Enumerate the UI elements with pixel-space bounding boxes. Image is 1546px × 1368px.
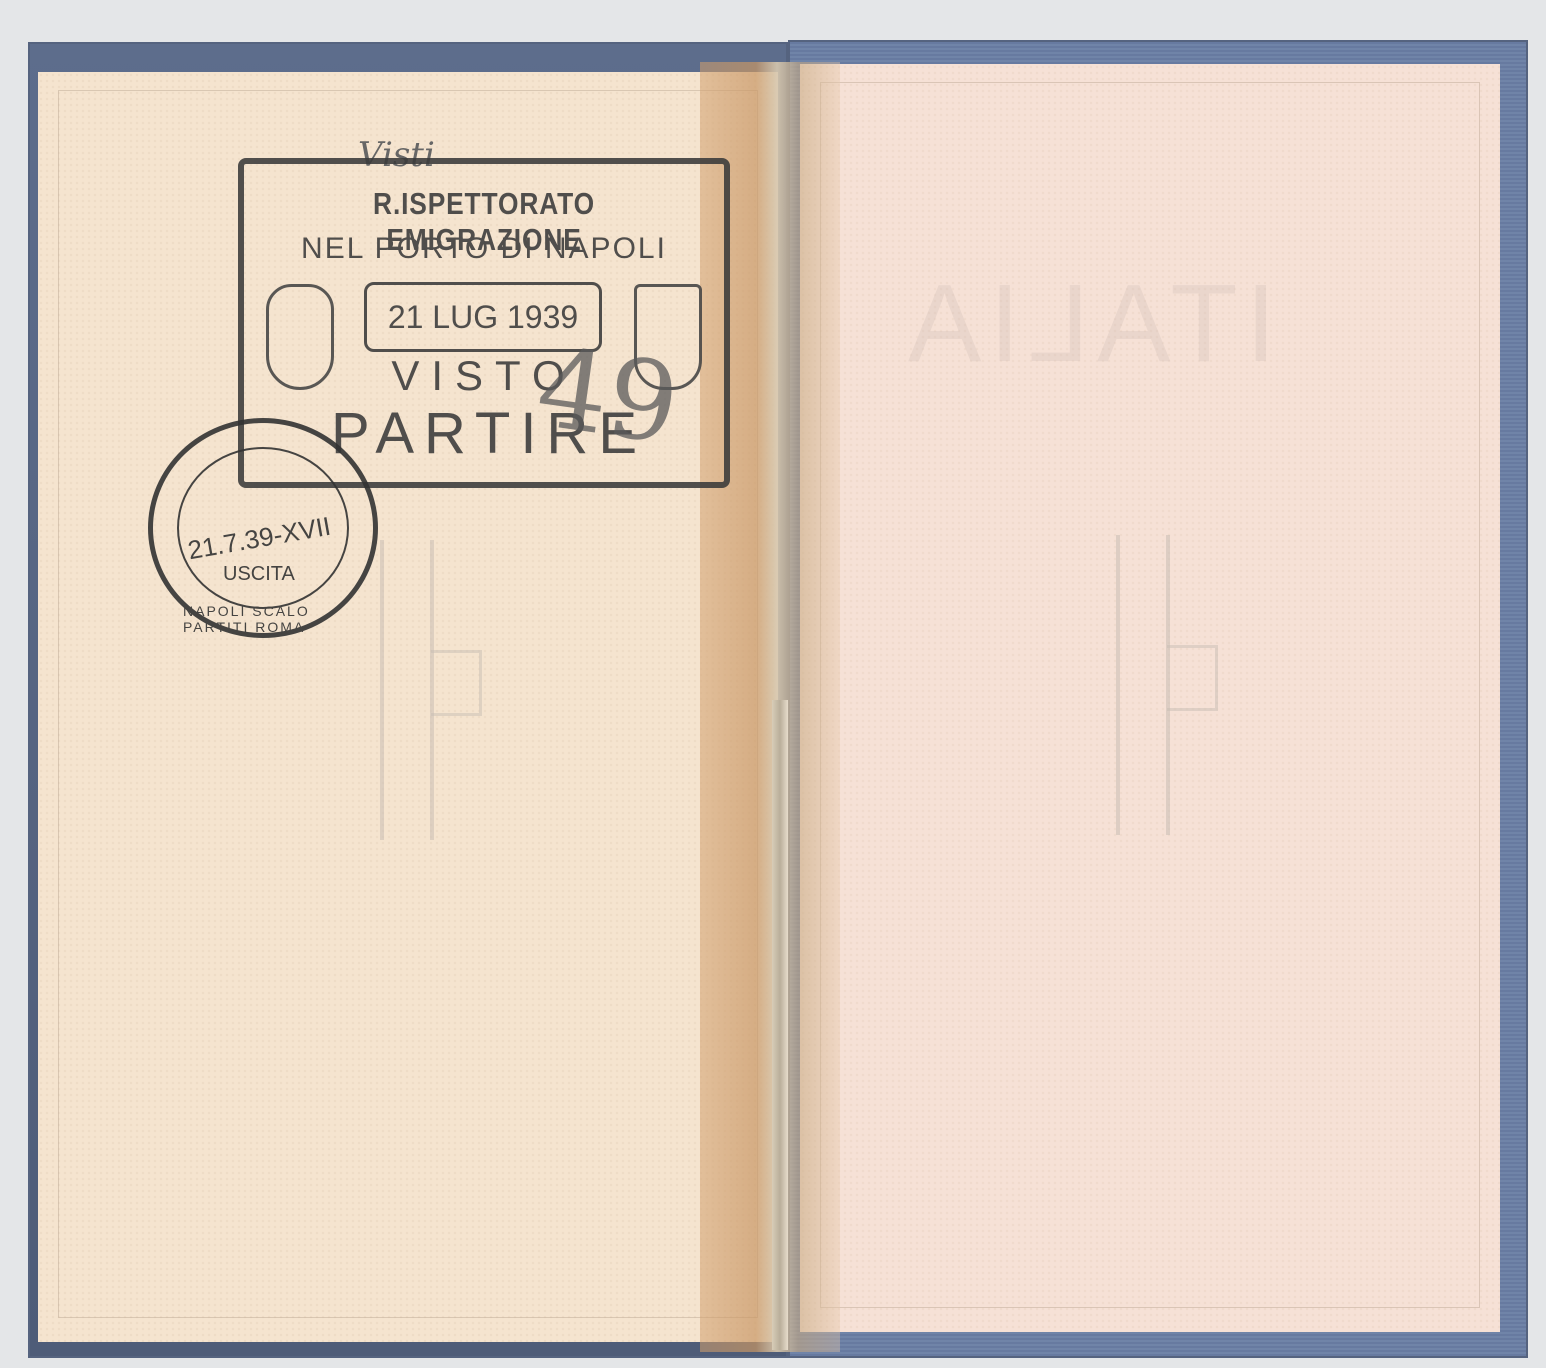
postmark-center: USCITA [223, 563, 295, 586]
fasces-watermark-left-icon [380, 540, 434, 840]
page-gutter [772, 700, 788, 1350]
bleedthrough-text: ITALIA [900, 260, 1276, 387]
postmark-ring-text: NAPOLI SCALO PARTITI ROMA [183, 603, 373, 635]
stamp-line2: NEL PORTO DI NAPOLI [244, 232, 724, 266]
fasces-watermark-right-icon [1116, 535, 1170, 835]
exit-postmark: 21.7.39-XVII USCITA NAPOLI SCALO PARTITI… [148, 418, 378, 638]
pencil-number: 49 [530, 323, 686, 469]
